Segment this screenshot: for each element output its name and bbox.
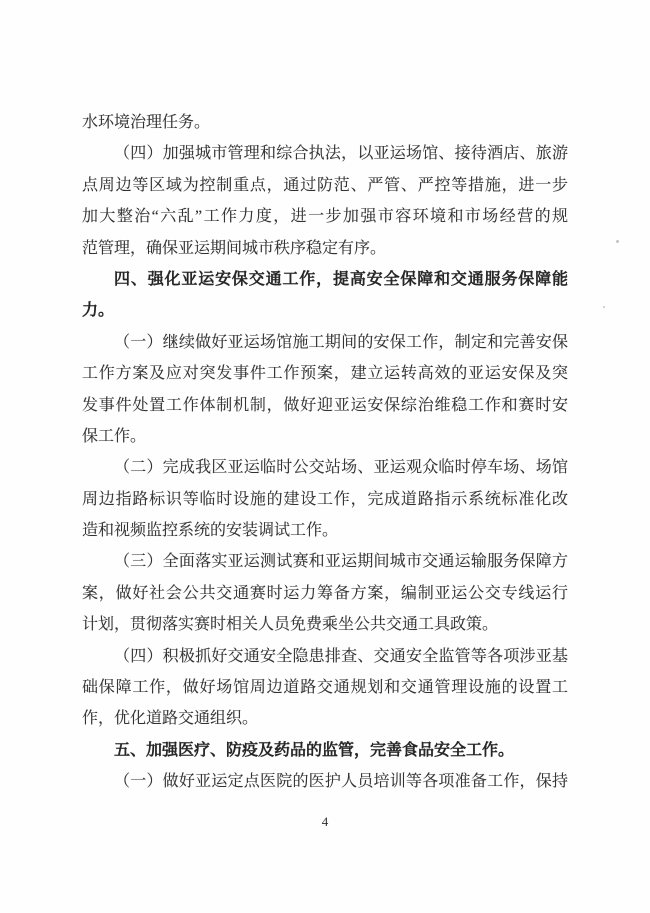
text-line: （二）完成我区亚运临时公交站场、亚运观众临时停车场、场馆 <box>82 452 568 483</box>
text-line: 周边指路标识等临时设施的建设工作，完成道路指示系统标准化改 <box>82 484 568 515</box>
text-line: 保工作。 <box>82 421 568 452</box>
page-number: 4 <box>0 814 650 830</box>
text-line: （四）积极抓好交通安全隐患排查、交通安全监管等各项涉亚基 <box>82 641 568 672</box>
document-lines: 水环境治理任务。（四）加强城市管理和综合执法，以亚运场馆、接待酒店、旅游点周边等… <box>82 107 568 798</box>
text-line: （一）做好亚运定点医院的医护人员培训等各项准备工作，保持 <box>82 766 568 797</box>
scan-speck <box>603 306 605 308</box>
text-line: （四）加强城市管理和综合执法，以亚运场馆、接待酒店、旅游 <box>82 138 568 169</box>
text-line: 加大整治“六乱”工作力度，进一步加强市容环境和市场经营的规 <box>82 201 568 232</box>
text-line: 水环境治理任务。 <box>82 107 568 138</box>
text-line: 案，做好社会公共交通赛时运力筹备方案，编制亚运公交专线运行 <box>82 578 568 609</box>
heading-line: 五、加强医疗、防疫及药品的监管，完善食品安全工作。 <box>82 735 568 766</box>
text-line: 点周边等区域为控制重点，通过防范、严管、严控等措施，进一步 <box>82 170 568 201</box>
text-line: 发事件处置工作体制机制，做好迎亚运安保综治维稳工作和赛时安 <box>82 390 568 421</box>
text-line: 范管理，确保亚运期间城市秩序稳定有序。 <box>82 233 568 264</box>
heading-line: 四、强化亚运安保交通工作，提高安全保障和交通服务保障能 <box>82 264 568 295</box>
text-line: 造和视频监控系统的安装调试工作。 <box>82 515 568 546</box>
scan-speck <box>616 240 619 243</box>
scan-speck <box>509 338 511 340</box>
text-line: 作，优化道路交通组织。 <box>82 703 568 734</box>
heading-line: 力。 <box>82 295 568 326</box>
text-line: 计划，贯彻落实赛时相关人员免费乘坐公共交通工具政策。 <box>82 609 568 640</box>
text-line: （一）继续做好亚运场馆施工期间的安保工作，制定和完善安保 <box>82 327 568 358</box>
text-line: （三）全面落实亚运测试赛和亚运期间城市交通运输服务保障方 <box>82 546 568 577</box>
text-line: 工作方案及应对突发事件工作预案，建立运转高效的亚运安保及突 <box>82 358 568 389</box>
text-line: 础保障工作，做好场馆周边道路交通规划和交通管理设施的设置工 <box>82 672 568 703</box>
scanned-document-page: 水环境治理任务。（四）加强城市管理和综合执法，以亚运场馆、接待酒店、旅游点周边等… <box>0 0 650 913</box>
